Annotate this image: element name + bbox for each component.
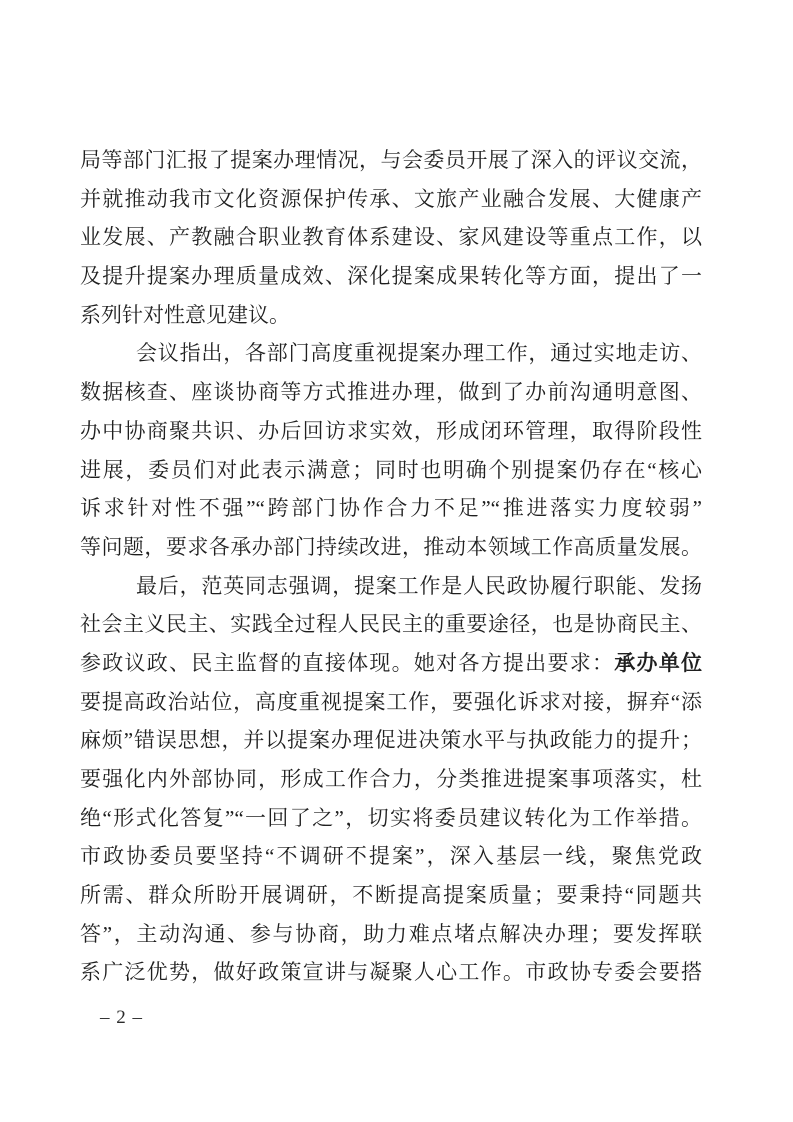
text-line: 局等部门汇报了提案办理情况，与会委员开展了深入的评议交流，: [80, 141, 702, 180]
text-line: 绝“形式化答复”“一回了之”，切实将委员建议转化为工作举措。: [80, 799, 702, 838]
text-line: 市政协委员要坚持“不调研不提案”，深入基层一线，聚焦党政: [80, 837, 702, 876]
line-text: 市政协委员要坚持“不调研不提案”，深入基层一线，聚焦党政: [80, 844, 702, 868]
text-line: 办中协商聚共识、办后回访求实效，形成闭环管理，取得阶段性: [80, 412, 702, 451]
text-line: 参政议政、民主监督的直接体现。她对各方提出要求：承办单位: [80, 644, 702, 683]
text-line: 要提高政治站位，高度重视提案工作，要强化诉求对接，摒弃“添: [80, 683, 702, 722]
line-text: 等问题，要求各承办部门持续改进，推动本领域工作高质量发展。: [80, 535, 702, 559]
text-line: 要强化内外部协同，形成工作合力，分类推进提案事项落实，杜: [80, 760, 702, 799]
line-text: 会议指出，各部门高度重视提案办理工作，通过实地走访、: [136, 341, 702, 365]
line-text: 及提升提案办理质量成效、深化提案成果转化等方面，提出了一: [80, 264, 702, 288]
line-text: 参政议政、民主监督的直接体现。她对各方提出要求：: [80, 651, 614, 675]
line-text: 系列针对性意见建议。: [80, 303, 290, 327]
line-text: 数据核查、座谈协商等方式推进办理，做到了办前沟通明意图、: [80, 380, 702, 404]
line-text: 所需、群众所盼开展调研，不断提高提案质量；要秉持“同题共: [80, 883, 702, 907]
line-text: 最后，范英同志强调，提案工作是人民政协履行职能、发扬: [136, 574, 702, 598]
text-line: 麻烦”错误思想，并以提案办理促进决策水平与执政能力的提升；: [80, 721, 702, 760]
text-line: 并就推动我市文化资源保护传承、文旅产业融合发展、大健康产: [80, 180, 702, 219]
text-line: 诉求针对性不强”“跨部门协作合力不足”“推进落实力度较弱”: [80, 489, 702, 528]
line-text: 并就推动我市文化资源保护传承、文旅产业融合发展、大健康产: [80, 187, 702, 211]
line-text: 社会主义民主、实践全过程人民民主的重要途径，也是协商民主、: [80, 612, 702, 636]
line-text: 办中协商聚共识、办后回访求实效，形成闭环管理，取得阶段性: [80, 419, 702, 443]
text-line: 系广泛优势，做好政策宣讲与凝聚人心工作。市政协专委会要搭: [80, 953, 702, 992]
text-line: 社会主义民主、实践全过程人民民主的重要途径，也是协商民主、: [80, 605, 702, 644]
bold-emphasis: 承办单位: [614, 651, 702, 675]
text-line: 进展，委员们对此表示满意；同时也明确个别提案仍存在“核心: [80, 451, 702, 490]
document-body: 局等部门汇报了提案办理情况，与会委员开展了深入的评议交流， 并就推动我市文化资源…: [80, 141, 702, 992]
text-line: 所需、群众所盼开展调研，不断提高提案质量；要秉持“同题共: [80, 876, 702, 915]
page-number: – 2 –: [100, 1004, 143, 1032]
line-text: 答”，主动沟通、参与协商，助力难点堵点解决办理；要发挥联: [80, 922, 702, 946]
line-text: 诉求针对性不强”“跨部门协作合力不足”“推进落实力度较弱”: [80, 496, 702, 520]
document-page: 局等部门汇报了提案办理情况，与会委员开展了深入的评议交流， 并就推动我市文化资源…: [0, 0, 793, 1122]
line-text: 绝“形式化答复”“一回了之”，切实将委员建议转化为工作举措。: [80, 806, 702, 830]
text-line: 数据核查、座谈协商等方式推进办理，做到了办前沟通明意图、: [80, 373, 702, 412]
text-line: 系列针对性意见建议。: [80, 296, 702, 335]
text-line: 最后，范英同志强调，提案工作是人民政协履行职能、发扬: [80, 567, 702, 606]
line-text: 麻烦”错误思想，并以提案办理促进决策水平与执政能力的提升；: [80, 728, 702, 752]
line-text: 进展，委员们对此表示满意；同时也明确个别提案仍存在“核心: [80, 458, 702, 482]
text-line: 答”，主动沟通、参与协商，助力难点堵点解决办理；要发挥联: [80, 915, 702, 954]
line-text: 业发展、产教融合职业教育体系建设、家风建设等重点工作，以: [80, 225, 702, 249]
line-text: 要提高政治站位，高度重视提案工作，要强化诉求对接，摒弃“添: [80, 690, 702, 714]
line-text: 系广泛优势，做好政策宣讲与凝聚人心工作。市政协专委会要搭: [80, 960, 702, 984]
text-line: 会议指出，各部门高度重视提案办理工作，通过实地走访、: [80, 334, 702, 373]
line-text: 局等部门汇报了提案办理情况，与会委员开展了深入的评议交流，: [80, 148, 702, 172]
line-text: 要强化内外部协同，形成工作合力，分类推进提案事项落实，杜: [80, 767, 702, 791]
text-line: 等问题，要求各承办部门持续改进，推动本领域工作高质量发展。: [80, 528, 702, 567]
text-line: 业发展、产教融合职业教育体系建设、家风建设等重点工作，以: [80, 218, 702, 257]
text-line: 及提升提案办理质量成效、深化提案成果转化等方面，提出了一: [80, 257, 702, 296]
